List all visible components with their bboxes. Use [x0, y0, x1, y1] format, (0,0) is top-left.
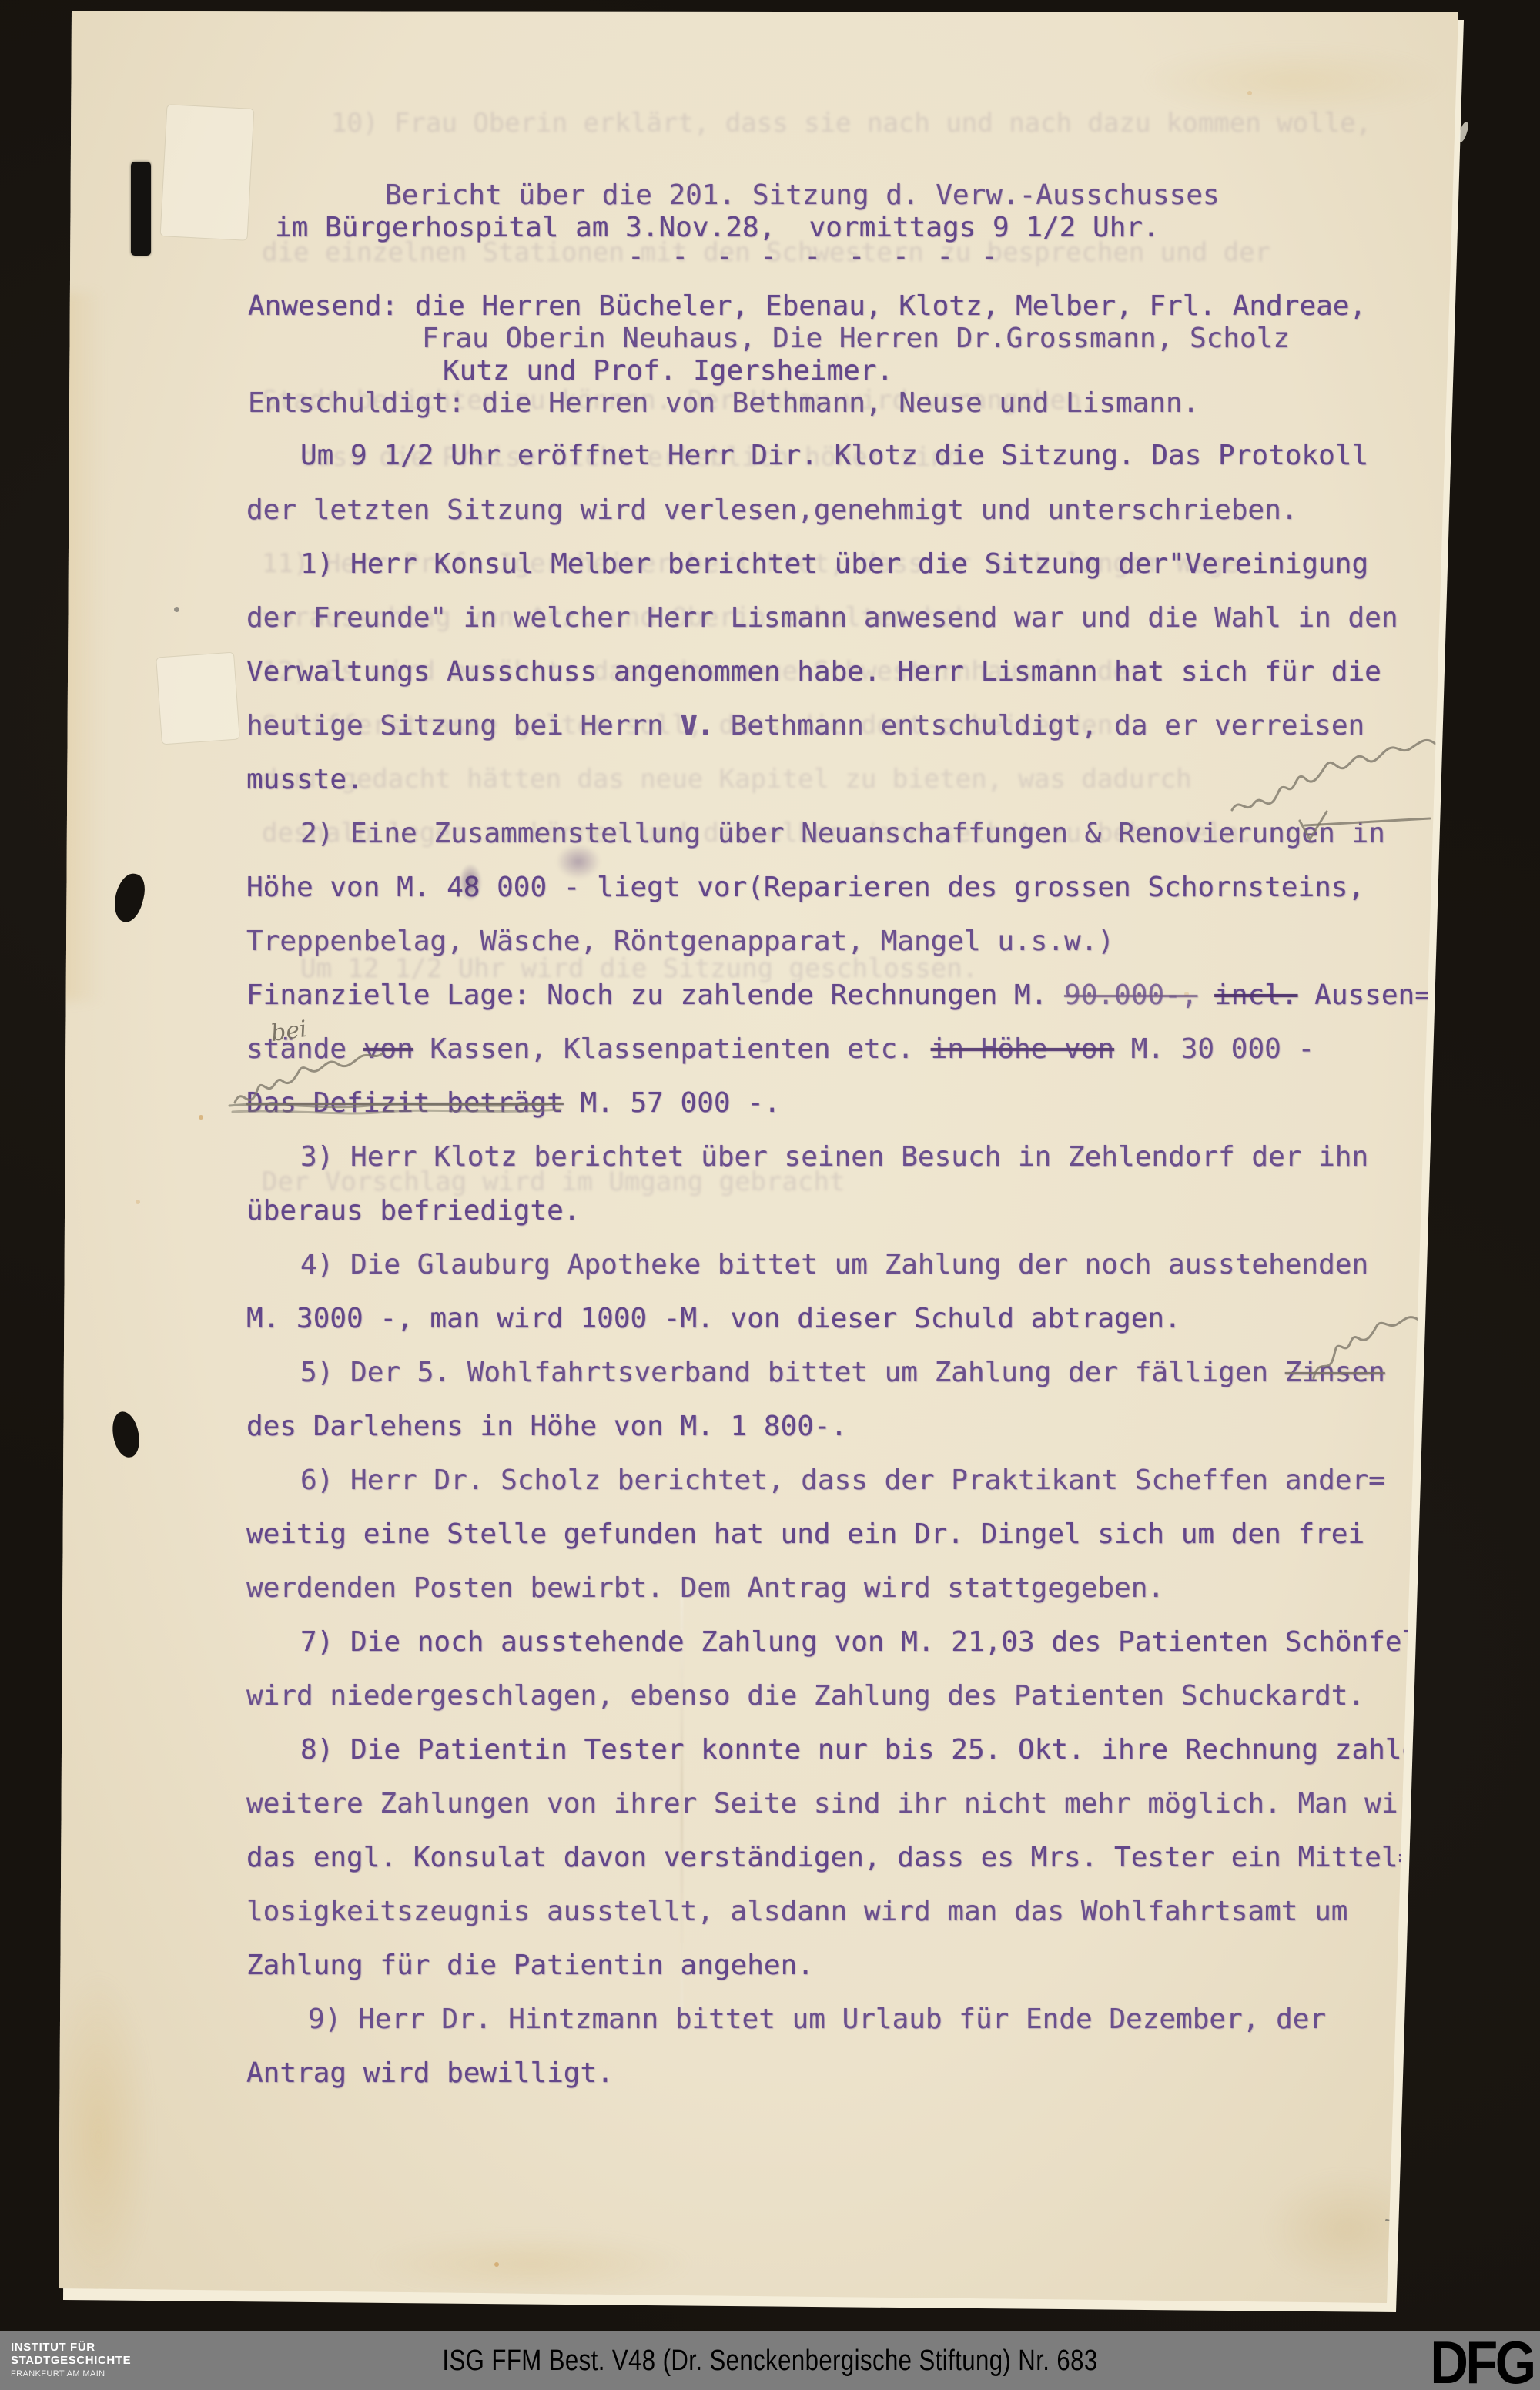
scanned-document-page: 10) Frau Oberin erklärt, dass sie nach u… — [0, 0, 1540, 2390]
illegible-note-item2 — [1232, 735, 1455, 810]
item2-line: Das Defizit beträgt M. 57 000 -. — [246, 1086, 781, 1120]
item9-line: 9) Herr Dr. Hintzmann bittet um Urlaub f… — [308, 2003, 1326, 2037]
item6-line: weitig eine Stelle gefunden hat und ein … — [246, 1518, 1364, 1551]
struck-phrase-in-hoehe-von: in Höhe von — [931, 1033, 1114, 1065]
attendance-line: Frau Oberin Neuhaus, Die Herren Dr.Gross… — [422, 322, 1290, 356]
ink-smudge-blot — [556, 844, 601, 879]
opening-paragraph-line: der letzten Sitzung wird verlesen,genehm… — [246, 494, 1297, 527]
attendance-line: Kutz und Prof. Igersheimer. — [443, 354, 893, 388]
item5-line-text: 5) Der 5. Wohlfahrtsverband bittet um Za… — [300, 1357, 1285, 1388]
struck-word-von: von — [363, 1033, 413, 1065]
item2-line-text — [1197, 979, 1214, 1011]
paper-speck — [199, 1115, 203, 1120]
dfg-logo: DFG — [1431, 2333, 1534, 2390]
item1-line: musste. — [246, 763, 363, 797]
item3-line: überaus befriedigte. — [246, 1194, 580, 1228]
paper-speck — [174, 607, 179, 612]
attendance-line: Anwesend: die Herren Bücheler, Ebenau, K… — [248, 290, 1366, 323]
item3-line: 3) Herr Klotz berichtet über seinen Besu… — [300, 1140, 1368, 1174]
edge-stain-top-right — [1140, 46, 1448, 115]
item1-line: Verwaltungs Ausschuss angenommen habe. H… — [246, 655, 1381, 689]
punch-hole-top — [110, 871, 149, 926]
archive-reference: ISG FFM Best. V48 (Dr. Senckenbergische … — [0, 2331, 1540, 2390]
item1-line-text: Bethmann entschuldigt, da er verreisen — [714, 710, 1364, 741]
struck-amount: 90.000-, — [1064, 979, 1197, 1011]
overtyped-initial: V. — [681, 710, 714, 741]
item2-line-text: Aussen= — [1297, 979, 1431, 1011]
item9-line: Antrag wird bewilligt. — [246, 2057, 614, 2090]
paper-speck — [136, 1200, 140, 1204]
item5-line: 5) Der 5. Wohlfahrtsverband bittet um Za… — [300, 1356, 1385, 1390]
attendance-line: Entschuldigt: die Herren von Bethmann, N… — [248, 387, 1199, 420]
document-title-line-1: Bericht über die 201. Sitzung d. Verw.-A… — [385, 179, 1220, 213]
bleedthrough-line: dann gedacht hätten das neue Kapitel zu … — [262, 764, 1192, 795]
item8-line: Zahlung für die Patientin angehen. — [246, 1949, 814, 1983]
item8-line: weitere Zahlungen von ihrer Seite sind i… — [246, 1787, 1431, 1821]
item2-line: Finanzielle Lage: Noch zu zahlende Rechn… — [246, 979, 1431, 1013]
struck-word-incl: incl. — [1214, 979, 1297, 1011]
punch-hole-bottom — [110, 1410, 142, 1459]
edge-stain-bottom-left — [45, 1971, 152, 2302]
pencil-struck-phrase: Das Defizit beträgt — [246, 1087, 564, 1119]
ink-smudge-digit — [459, 864, 482, 901]
item1-line: der Freunde" in welcher Herr Lismann anw… — [246, 601, 1398, 635]
item1-line: heutige Sitzung bei Herrn V. Bethmann en… — [246, 709, 1364, 743]
pencil-struck-word-zinsen: Zinsen — [1285, 1357, 1385, 1388]
paper-speck — [494, 2262, 499, 2267]
item8-line: 8) Die Patientin Tester konnte nur bis 2… — [300, 1733, 1452, 1767]
item2-line: Höhe von M. 48 000 - liegt vor(Repariere… — [246, 871, 1364, 905]
tape-remnant-middle — [156, 652, 240, 745]
item2-line-text: M. 30 000 - — [1114, 1033, 1314, 1065]
edge-stain-bottom — [370, 2233, 693, 2295]
item8-line: losigkeitszeugnis ausstellt, alsdann wir… — [246, 1895, 1347, 1929]
item2-line: Treppenbelag, Wäsche, Röntgenapparat, Ma… — [246, 925, 1114, 959]
paper-sheet: 10) Frau Oberin erklärt, dass sie nach u… — [0, 0, 1540, 2390]
paper-speck — [1247, 91, 1252, 95]
item2-line: stände von Kassen, Klassenpatienten etc.… — [246, 1033, 1314, 1066]
item2-line-text: Finanzielle Lage: Noch zu zahlende Rechn… — [246, 979, 1064, 1011]
item2-line-text: Kassen, Klassenpatienten etc. — [413, 1033, 931, 1065]
pencil-annotation-bei: bei — [269, 1016, 309, 1047]
binding-slot — [131, 162, 151, 256]
item1-line: 1) Herr Konsul Melber berichtet über die… — [300, 547, 1368, 581]
title-divider-dashes: - - - - - - - - - — [628, 240, 1003, 274]
item5-line: des Darlehens in Höhe von M. 1 800-. — [246, 1410, 847, 1444]
item4-line: 4) Die Glauburg Apotheke bittet um Zahlu… — [300, 1248, 1368, 1282]
item6-line: werdenden Posten bewirbt. Dem Antrag wir… — [246, 1572, 1164, 1605]
item7-line: 7) Die noch ausstehende Zahlung von M. 2… — [300, 1625, 1435, 1659]
item8-line: das engl. Konsulat davon verständigen, d… — [246, 1841, 1414, 1875]
item1-line-text: heutige Sitzung bei Herrn — [246, 710, 681, 741]
item2-line: 2) Eine Zusammenstellung über Neuanschaf… — [300, 817, 1385, 851]
opening-paragraph-line: Um 9 1/2 Uhr eröffnet Herr Dir. Klotz di… — [300, 439, 1368, 473]
item7-line: wird niedergeschlagen, ebenso die Zahlun… — [246, 1679, 1364, 1713]
item4-line: M. 3000 -, man wird 1000 -M. von dieser … — [246, 1302, 1181, 1336]
bleedthrough-line: 10) Frau Oberin erklärt, dass sie nach u… — [331, 108, 1371, 139]
archive-reference-text: ISG FFM Best. V48 (Dr. Senckenbergische … — [442, 2345, 1097, 2378]
item2-line-text: M. 57 000 -. — [564, 1087, 781, 1119]
item6-line: 6) Herr Dr. Scholz berichtet, dass der P… — [300, 1464, 1385, 1498]
tape-remnant-top — [160, 104, 255, 241]
